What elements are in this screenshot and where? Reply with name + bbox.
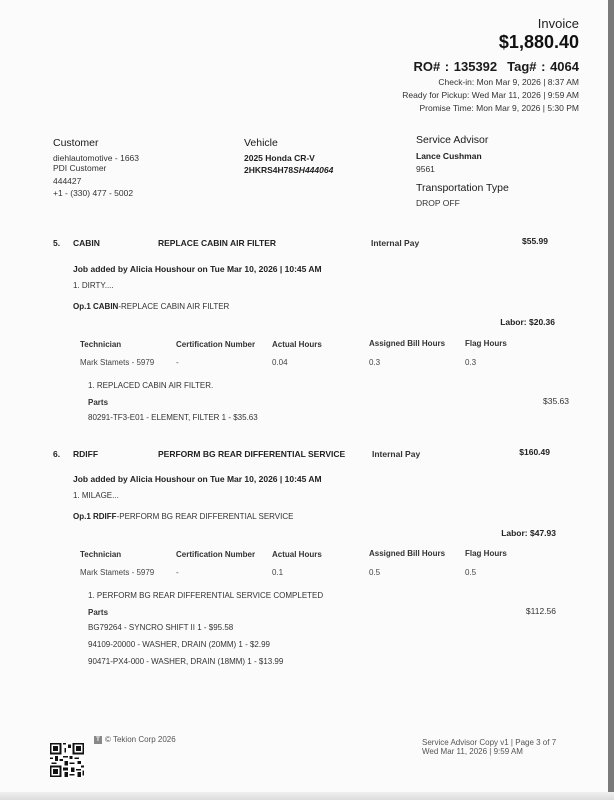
job-correction: 1. PERFORM BG REAR DIFFERENTIAL SERVICE … xyxy=(88,591,323,600)
advisor-heading: Service Advisor xyxy=(416,134,488,146)
th-actual: Actual Hours xyxy=(272,340,322,349)
parts-heading: Parts xyxy=(88,608,108,617)
vehicle-model: 2025 Honda CR-V xyxy=(244,152,315,164)
scan-edge xyxy=(608,0,614,800)
cert-number: - xyxy=(176,358,179,367)
tekion-logo-icon: T xyxy=(94,736,102,744)
job-added-by: Job added by Alicia Houshour on Tue Mar … xyxy=(73,264,322,274)
vehicle-vin: 2HKRS4H78SH444064 xyxy=(244,164,333,176)
vin-prefix: 2HKRS4H78 xyxy=(244,165,293,175)
th-assigned: Assigned Bill Hours xyxy=(369,549,445,558)
op-desc: -PERFORM BG REAR DIFFERENTIAL SERVICE xyxy=(117,512,294,521)
pay-type: Internal Pay xyxy=(371,238,419,248)
flag-hours: 0.3 xyxy=(465,358,476,367)
pay-type: Internal Pay xyxy=(372,449,420,459)
copy-info: Service Advisor Copy v1 | Page 3 of 7 xyxy=(422,738,556,747)
qr-code-icon xyxy=(50,743,84,777)
transport-heading: Transportation Type xyxy=(416,182,509,194)
job-total: $55.99 xyxy=(522,236,548,246)
job-operation: Op.1 RDIFF-PERFORM BG REAR DIFFERENTIAL … xyxy=(73,512,293,521)
tag-number: Tag# : 4064 xyxy=(507,59,579,74)
transport-value: DROP OFF xyxy=(416,197,460,209)
th-flag: Flag Hours xyxy=(465,339,507,348)
assigned-hours: 0.5 xyxy=(369,568,380,577)
copyright: T © Tekion Corp 2026 xyxy=(94,735,176,744)
advisor-id: 9561 xyxy=(416,163,435,175)
checkin-time: Check-in: Mon Mar 9, 2026 | 8:37 AM xyxy=(438,77,579,87)
th-technician: Technician xyxy=(80,550,121,559)
invoice-total: $1,880.40 xyxy=(499,32,579,53)
actual-hours: 0.1 xyxy=(272,568,283,577)
ro-tag-line: RO# : 135392Tag# : 4064 xyxy=(413,59,579,74)
parts-total: $35.63 xyxy=(543,396,569,406)
th-cert: Certification Number xyxy=(176,340,255,349)
th-technician: Technician xyxy=(80,340,121,349)
job-code: CABIN xyxy=(73,238,100,248)
job-concern: 1. MILAGE... xyxy=(73,491,119,500)
ro-number: RO# : 135392 xyxy=(413,59,497,74)
op-desc: -REPLACE CABIN AIR FILTER xyxy=(118,302,229,311)
job-concern: 1. DIRTY.... xyxy=(73,281,114,290)
printed-time: Wed Mar 11, 2026 | 9:59 AM xyxy=(422,747,523,756)
flag-hours: 0.5 xyxy=(465,568,476,577)
labor-total: Labor: $47.93 xyxy=(501,528,556,538)
customer-phone: +1 - (330) 477 - 5002 xyxy=(53,187,133,199)
vin-suffix: SH444064 xyxy=(293,165,333,175)
technician: Mark Stamets - 5979 xyxy=(80,568,154,577)
th-flag: Flag Hours xyxy=(465,549,507,558)
part-line: 94109-20000 - WASHER, DRAIN (20MM) 1 - $… xyxy=(88,640,270,649)
scan-bottom-edge xyxy=(0,792,614,800)
customer-type: PDI Customer xyxy=(53,162,106,174)
job-operation: Op.1 CABIN-REPLACE CABIN AIR FILTER xyxy=(73,302,229,311)
job-added-by: Job added by Alicia Houshour on Tue Mar … xyxy=(73,474,322,484)
customer-id: 444427 xyxy=(53,175,81,187)
promise-time: Promise Time: Mon Mar 9, 2026 | 5:30 PM xyxy=(419,103,579,113)
job-correction: 1. REPLACED CABIN AIR FILTER. xyxy=(88,381,213,390)
copyright-text: © Tekion Corp 2026 xyxy=(105,735,176,744)
document-label: Invoice xyxy=(538,16,579,31)
job-code: RDIFF xyxy=(73,449,98,459)
job-number: 6. xyxy=(53,449,60,459)
part-line: BG79264 - SYNCRO SHIFT II 1 - $95.58 xyxy=(88,623,233,632)
op-label: Op.1 CABIN xyxy=(73,302,118,311)
actual-hours: 0.04 xyxy=(272,358,288,367)
parts-heading: Parts xyxy=(88,398,108,407)
technician: Mark Stamets - 5979 xyxy=(80,358,154,367)
advisor-name: Lance Cushman xyxy=(416,150,482,162)
th-actual: Actual Hours xyxy=(272,550,322,559)
ready-time: Ready for Pickup: Wed Mar 11, 2026 | 9:5… xyxy=(402,90,579,100)
labor-total: Labor: $20.36 xyxy=(500,317,555,327)
job-title: PERFORM BG REAR DIFFERENTIAL SERVICE xyxy=(158,449,345,459)
job-title: REPLACE CABIN AIR FILTER xyxy=(158,238,276,248)
th-assigned: Assigned Bill Hours xyxy=(369,339,445,348)
job-total: $160.49 xyxy=(519,447,550,457)
th-cert: Certification Number xyxy=(176,550,255,559)
vehicle-heading: Vehicle xyxy=(244,137,278,149)
job-number: 5. xyxy=(53,238,60,248)
op-label: Op.1 RDIFF xyxy=(73,512,117,521)
cert-number: - xyxy=(176,568,179,577)
parts-total: $112.56 xyxy=(526,606,556,616)
customer-heading: Customer xyxy=(53,137,99,149)
part-line: 90471-PX4-000 - WASHER, DRAIN (18MM) 1 -… xyxy=(88,657,283,666)
part-line: 80291-TF3-E01 - ELEMENT, FILTER 1 - $35.… xyxy=(88,413,258,422)
assigned-hours: 0.3 xyxy=(369,358,380,367)
